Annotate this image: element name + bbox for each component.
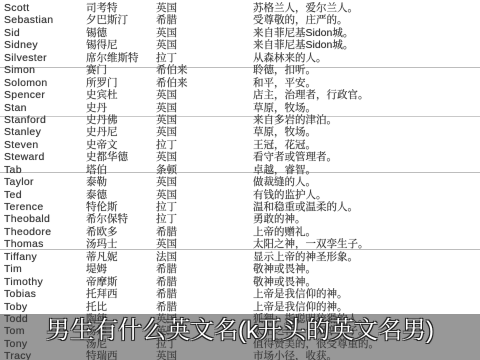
origin-cell: 希腊 — [156, 288, 253, 300]
table-row: Ted 泰德 英国 有钱的监护人。 — [0, 189, 480, 201]
origin-cell: 英国 — [156, 151, 253, 163]
english-name-cell: Tracy — [4, 350, 86, 360]
origin-cell: 英国 — [156, 189, 253, 201]
meaning-cell: 敬神或畏神。 — [253, 276, 480, 288]
origin-cell: 希腊 — [156, 301, 253, 313]
chinese-name-cell: 所罗门 — [86, 77, 156, 89]
meaning-cell: 从森林来的人。 — [253, 52, 480, 64]
chinese-name-cell: 席尔维斯特 — [86, 52, 156, 64]
table-row: Sebastian 夕巴斯汀 希腊 受尊敬的，庄严的。 — [0, 14, 480, 26]
chinese-name-cell: 希欧多 — [86, 226, 156, 238]
table-row: Stanley 史丹尼 英国 草原，牧场。 — [0, 126, 480, 138]
english-name-cell: Solomon — [4, 77, 86, 89]
meaning-cell: 聆德，扣听。 — [253, 64, 480, 76]
meaning-cell: 显示上帝的神圣形象。 — [253, 251, 480, 263]
origin-cell: 英国 — [156, 27, 253, 39]
chinese-name-cell: 泰德 — [86, 189, 156, 201]
origin-cell: 英国 — [156, 89, 253, 101]
table-row: Solomon 所罗门 希伯来 和平，平安。 — [0, 77, 480, 89]
meaning-cell: 来自菲尼基Sidon城。 — [253, 39, 480, 51]
english-name-cell: Scott — [4, 2, 86, 14]
origin-cell: 希腊 — [156, 226, 253, 238]
chinese-name-cell: 史都华德 — [86, 151, 156, 163]
origin-cell: 英国 — [156, 350, 253, 360]
table-row: Timothy 帝摩斯 希腊 敬神或畏神。 — [0, 276, 480, 288]
english-name-cell: Tab — [4, 164, 86, 176]
table-row: Sid 锡德 英国 来自菲尼基Sidon城。 — [0, 27, 480, 39]
meaning-cell: 和平，平安。 — [253, 77, 480, 89]
chinese-name-cell: 汤玛士 — [86, 238, 156, 250]
table-row: Sidney 锡得尼 英国 来自菲尼基Sidon城。 — [0, 39, 480, 51]
table-row: Toby 托比 希腊 上帝是我信仰的神。 — [0, 301, 480, 313]
table-row: Stanford 史丹佛 英国 来自多岩的津泊。 — [0, 114, 480, 126]
chinese-name-cell: 史宾杜 — [86, 89, 156, 101]
chinese-name-cell: 希尔保特 — [86, 213, 156, 225]
page: Scott 司考特 英国 苏格兰人，爱尔兰人。 Sebastian 夕巴斯汀 希… — [0, 0, 480, 360]
origin-cell: 拉丁 — [156, 201, 253, 213]
meaning-cell: 看守者或管理者。 — [253, 151, 480, 163]
english-name-cell: Sebastian — [4, 14, 86, 26]
origin-cell: 英国 — [156, 126, 253, 138]
english-name-cell: Theobald — [4, 213, 86, 225]
chinese-name-cell: 堤姆 — [86, 263, 156, 275]
origin-cell: 英国 — [156, 238, 253, 250]
meaning-cell: 上帝是我信仰的神。 — [253, 301, 480, 313]
origin-cell: 拉丁 — [156, 139, 253, 151]
table-row: Thomas 汤玛士 英国 太阳之神，一双孪生子。 — [0, 238, 480, 250]
chinese-name-cell: 蒂凡妮 — [86, 251, 156, 263]
english-name-cell: Tim — [4, 263, 86, 275]
table-row: Tiffany 蒂凡妮 法国 显示上帝的神圣形象。 — [0, 251, 480, 263]
english-name-cell: Theodore — [4, 226, 86, 238]
origin-cell: 英国 — [156, 39, 253, 51]
chinese-name-cell: 史丹佛 — [86, 114, 156, 126]
chinese-name-cell: 特瑞西 — [86, 350, 156, 360]
table-row: Steven 史帝文 拉丁 王冠，花冠。 — [0, 139, 480, 151]
table-row: Silvester 席尔维斯特 拉丁 从森林来的人。 — [0, 52, 480, 64]
english-name-cell: Silvester — [4, 52, 86, 64]
english-name-cell: Toby — [4, 301, 86, 313]
table-row: Tobias 托拜西 希腊 上帝是我信仰的神。 — [0, 288, 480, 300]
english-name-cell: Taylor — [4, 176, 86, 188]
meaning-cell: 来自多岩的津泊。 — [253, 114, 480, 126]
page-title: 男生有什么英文名(k开头的英文名男) — [0, 316, 480, 346]
english-name-cell: Stanley — [4, 126, 86, 138]
english-name-cell: Timothy — [4, 276, 86, 288]
english-name-cell: Tiffany — [4, 251, 86, 263]
table-row: Stan 史丹 英国 草原，牧场。 — [0, 102, 480, 114]
english-name-cell: Steward — [4, 151, 86, 163]
english-name-cell: Stan — [4, 102, 86, 114]
origin-cell: 希伯来 — [156, 64, 253, 76]
meaning-cell: 上帝的赠礼。 — [253, 226, 480, 238]
meaning-cell: 来自菲尼基Sidon城。 — [253, 27, 480, 39]
english-name-cell: Tobias — [4, 288, 86, 300]
meaning-cell: 市场小径，收获。 — [253, 350, 480, 360]
origin-cell: 拉丁 — [156, 52, 253, 64]
origin-cell: 英国 — [156, 114, 253, 126]
chinese-name-cell: 特伦斯 — [86, 201, 156, 213]
origin-cell: 英国 — [156, 176, 253, 188]
english-name-cell: Thomas — [4, 238, 86, 250]
meaning-cell: 草原，牧场。 — [253, 126, 480, 138]
meaning-cell: 卓越，睿智。 — [253, 164, 480, 176]
origin-cell: 英国 — [156, 2, 253, 14]
meaning-cell: 店主，治理者，行政官。 — [253, 89, 480, 101]
chinese-name-cell: 托拜西 — [86, 288, 156, 300]
meaning-cell: 做裁缝的人。 — [253, 176, 480, 188]
table-row: Terence 特伦斯 拉丁 温和稳重或温柔的人。 — [0, 201, 480, 213]
table-row: Steward 史都华德 英国 看守者或管理者。 — [0, 151, 480, 163]
origin-cell: 希腊 — [156, 263, 253, 275]
origin-cell: 条顿 — [156, 164, 253, 176]
origin-cell: 希腊 — [156, 14, 253, 26]
english-names-table: Scott 司考特 英国 苏格兰人，爱尔兰人。 Sebastian 夕巴斯汀 希… — [0, 2, 480, 360]
chinese-name-cell: 托比 — [86, 301, 156, 313]
meaning-cell: 苏格兰人，爱尔兰人。 — [253, 2, 480, 14]
chinese-name-cell: 夕巴斯汀 — [86, 14, 156, 26]
english-name-cell: Sid — [4, 27, 86, 39]
chinese-name-cell: 锡得尼 — [86, 39, 156, 51]
meaning-cell: 太阳之神，一双孪生子。 — [253, 238, 480, 250]
english-name-cell: Spencer — [4, 89, 86, 101]
chinese-name-cell: 泰勒 — [86, 176, 156, 188]
meaning-cell: 草原，牧场。 — [253, 102, 480, 114]
table-row: Tab 塔伯 条顿 卓越，睿智。 — [0, 164, 480, 176]
chinese-name-cell: 赛门 — [86, 64, 156, 76]
chinese-name-cell: 司考特 — [86, 2, 156, 14]
origin-cell: 拉丁 — [156, 213, 253, 225]
chinese-name-cell: 塔伯 — [86, 164, 156, 176]
chinese-name-cell: 史丹尼 — [86, 126, 156, 138]
chinese-name-cell: 史帝文 — [86, 139, 156, 151]
table-row: Tracy 特瑞西 英国 市场小径，收获。 — [0, 350, 480, 360]
meaning-cell: 受尊敬的，庄严的。 — [253, 14, 480, 26]
meaning-cell: 敬神或畏神。 — [253, 263, 480, 275]
chinese-name-cell: 史丹 — [86, 102, 156, 114]
table-row: Tim 堤姆 希腊 敬神或畏神。 — [0, 263, 480, 275]
meaning-cell: 王冠，花冠。 — [253, 139, 480, 151]
meaning-cell: 有钱的监护人。 — [253, 189, 480, 201]
english-name-cell: Terence — [4, 201, 86, 213]
origin-cell: 法国 — [156, 251, 253, 263]
chinese-name-cell: 帝摩斯 — [86, 276, 156, 288]
meaning-cell: 温和稳重或温柔的人。 — [253, 201, 480, 213]
table-row: Simon 赛门 希伯来 聆德，扣听。 — [0, 64, 480, 76]
english-name-cell: Steven — [4, 139, 86, 151]
meaning-cell: 勇敢的神。 — [253, 213, 480, 225]
english-name-cell: Sidney — [4, 39, 86, 51]
english-name-cell: Ted — [4, 189, 86, 201]
table-row: Spencer 史宾杜 英国 店主，治理者，行政官。 — [0, 89, 480, 101]
origin-cell: 英国 — [156, 102, 253, 114]
table-row: Scott 司考特 英国 苏格兰人，爱尔兰人。 — [0, 2, 480, 14]
table-row: Taylor 泰勒 英国 做裁缝的人。 — [0, 176, 480, 188]
meaning-cell: 上帝是我信仰的神。 — [253, 288, 480, 300]
english-name-cell: Stanford — [4, 114, 86, 126]
table-row: Theodore 希欧多 希腊 上帝的赠礼。 — [0, 226, 480, 238]
origin-cell: 希腊 — [156, 276, 253, 288]
english-name-cell: Simon — [4, 64, 86, 76]
chinese-name-cell: 锡德 — [86, 27, 156, 39]
table-row: Theobald 希尔保特 拉丁 勇敢的神。 — [0, 213, 480, 225]
origin-cell: 希伯来 — [156, 77, 253, 89]
